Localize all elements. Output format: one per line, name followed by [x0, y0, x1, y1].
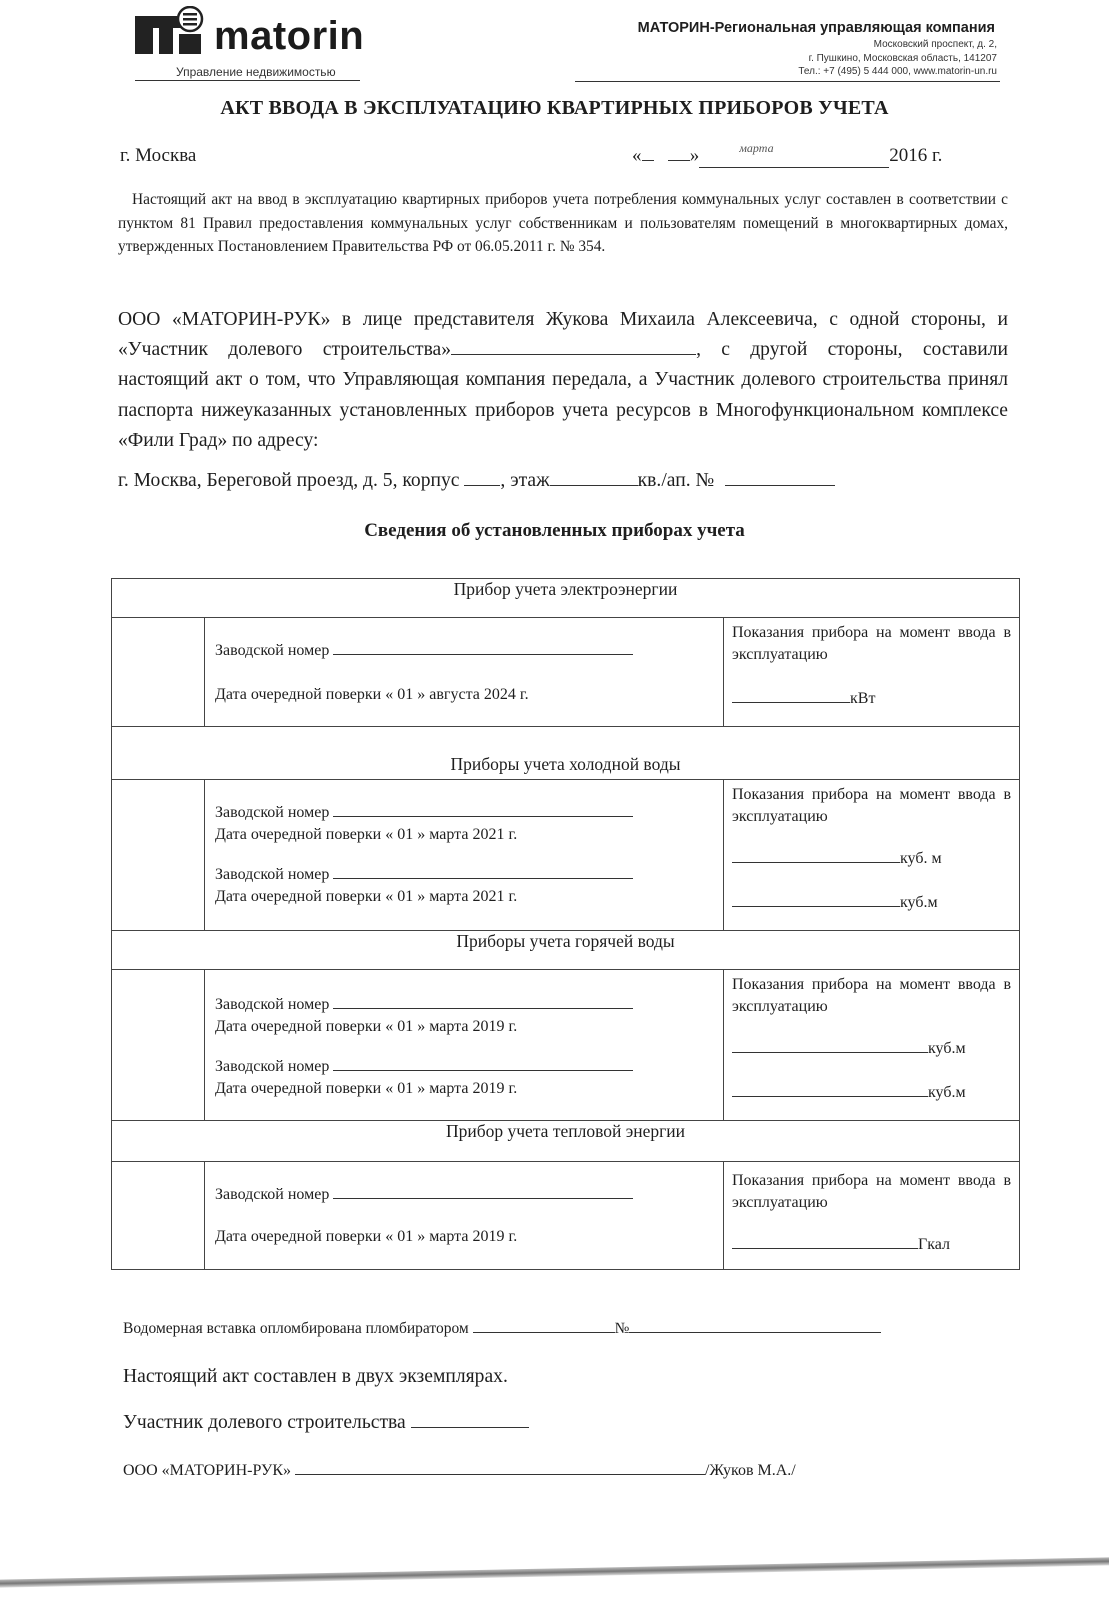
seal-number-label: № — [615, 1320, 630, 1337]
apartment-label: кв./ап. № — [638, 470, 715, 491]
check-date: Дата очередной поверки « 01 » марта 2019… — [215, 1226, 723, 1248]
floor-field[interactable] — [550, 484, 638, 486]
section-row-cold-water: Заводской номер Дата очередной поверки «… — [112, 780, 1020, 931]
apartment-field[interactable] — [725, 484, 835, 486]
reading-title: Показания прибора на момент ввода в эксп… — [732, 622, 1011, 666]
check-date: Дата очередной поверки « 01 » марта 2019… — [215, 1016, 723, 1038]
check-date: Дата очередной поверки « 01 » августа 20… — [215, 684, 723, 706]
row-number-cell — [112, 1162, 205, 1270]
seal-label: Водомерная вставка опломбирована пломбир… — [123, 1320, 469, 1337]
device-info-cell: Заводской номер Дата очередной поверки «… — [205, 780, 724, 931]
serial-number-line: Заводской номер — [215, 994, 723, 1016]
section-row-electricity: Заводской номер Дата очередной поверки «… — [112, 618, 1020, 727]
company-signer: /Жуков М.А./ — [705, 1462, 796, 1479]
reading-line: кВт — [732, 688, 1011, 710]
scan-edge-shadow — [0, 1557, 1109, 1588]
reading-unit: куб.м — [900, 894, 938, 911]
serial-number-field[interactable] — [333, 640, 633, 655]
logo-tagline: Управление недвижимостью — [176, 65, 336, 79]
participant-name-field[interactable] — [451, 353, 696, 355]
reading-field[interactable] — [732, 688, 850, 703]
device-info-cell: Заводской номер Дата очередной поверки «… — [205, 970, 724, 1121]
reading-cell: Показания прибора на момент ввода в эксп… — [724, 970, 1020, 1121]
reading-cell: Показания прибора на момент ввода в эксп… — [724, 618, 1020, 727]
reading-title: Показания прибора на момент ввода в эксп… — [732, 974, 1011, 1018]
reading-unit: Гкал — [918, 1236, 950, 1253]
month-field[interactable]: марта — [699, 145, 889, 168]
company-signature-line: ООО «МАТОРИН-РУК» /Жуков М.А./ — [123, 1462, 796, 1480]
address-line: Московский проспект, д. 2, — [798, 38, 997, 52]
date-open-quote: « — [632, 145, 642, 166]
serial-number-field[interactable] — [333, 802, 633, 817]
reading-unit: куб.м — [928, 1084, 966, 1101]
seal-line: Водомерная вставка опломбирована пломбир… — [123, 1320, 881, 1338]
meters-table: Прибор учета электроэнергии Заводской но… — [111, 578, 1020, 1270]
logo-wordmark: matorin — [214, 14, 364, 59]
serial-number-line: Заводской номер — [215, 802, 723, 824]
company-address: Московский проспект, д. 2, г. Пушкино, М… — [798, 38, 997, 79]
logo-underline — [135, 80, 360, 81]
check-date: Дата очередной поверки « 01 » марта 2021… — [215, 824, 723, 846]
month-handwritten: марта — [739, 141, 773, 156]
serial-number-line: Заводской номер — [215, 640, 723, 662]
sealer-field[interactable] — [473, 1331, 615, 1333]
device-info-cell: Заводской номер Дата очередной поверки «… — [205, 1162, 724, 1270]
document-date: « »марта 2016 г. — [632, 145, 942, 168]
reading-cell: Показания прибора на момент ввода в эксп… — [724, 780, 1020, 931]
serial-number-line: Заводской номер — [215, 864, 723, 886]
address-street: г. Москва, Береговой проезд, д. 5, корпу… — [118, 470, 460, 491]
reading-line: куб.м — [732, 1082, 1011, 1104]
serial-number-line: Заводской номер — [215, 1184, 723, 1206]
check-date: Дата очередной поверки « 01 » марта 2019… — [215, 1078, 723, 1100]
section-row-hot-water: Заводской номер Дата очередной поверки «… — [112, 970, 1020, 1121]
reading-cell: Показания прибора на момент ввода в эксп… — [724, 1162, 1020, 1270]
reading-title: Показания прибора на момент ввода в эксп… — [732, 784, 1011, 828]
device-info-cell: Заводской номер Дата очередной поверки «… — [205, 618, 724, 727]
reading-field[interactable] — [732, 1082, 928, 1097]
address-line: г. Пушкино, Московская область, 141207 — [798, 52, 997, 66]
reading-field[interactable] — [732, 848, 900, 863]
seal-number-field[interactable] — [629, 1331, 881, 1333]
reading-line: Гкал — [732, 1234, 1011, 1256]
date-year: 2016 г. — [889, 145, 942, 166]
copies-statement: Настоящий акт составлен в двух экземпляр… — [123, 1366, 508, 1388]
day-blank-2[interactable] — [668, 160, 690, 161]
floor-label: , этаж — [500, 470, 549, 491]
company-signature-field[interactable] — [295, 1473, 705, 1475]
company-name: МАТОРИН-Региональная управляющая компани… — [638, 20, 995, 36]
section-header-cold-water: Приборы учета холодной воды — [112, 727, 1020, 780]
parties-paragraph: ООО «МАТОРИН-РУК» в лице представителя Ж… — [118, 305, 1008, 456]
company-sign-label: ООО «МАТОРИН-РУК» — [123, 1462, 291, 1479]
row-number-cell — [112, 970, 205, 1121]
section-header-electricity: Прибор учета электроэнергии — [112, 579, 1020, 618]
date-close-quote: » — [690, 145, 700, 166]
section-row-heat: Заводской номер Дата очередной поверки «… — [112, 1162, 1020, 1270]
row-number-cell — [112, 618, 205, 727]
reading-title: Показания прибора на момент ввода в эксп… — [732, 1170, 1011, 1214]
matorin-logo-icon — [135, 6, 205, 54]
reading-unit: куб.м — [928, 1040, 966, 1057]
reading-line: куб. м — [732, 848, 1011, 870]
document-title: АКТ ВВОДА В ЭКСПЛУАТАЦИЮ КВАРТИРНЫХ ПРИБ… — [0, 97, 1109, 120]
reading-line: куб.м — [732, 892, 1011, 914]
section-header-hot-water: Приборы учета горячей воды — [112, 931, 1020, 970]
property-address: г. Москва, Береговой проезд, д. 5, корпу… — [118, 470, 835, 492]
address-line: Тел.: +7 (495) 5 444 000, www.matorin-un… — [798, 65, 997, 79]
serial-number-field[interactable] — [333, 994, 633, 1009]
serial-number-field[interactable] — [333, 1056, 633, 1071]
serial-number-field[interactable] — [333, 1184, 633, 1199]
reading-field[interactable] — [732, 1234, 918, 1249]
participant-label: Участник долевого строительства — [123, 1412, 406, 1433]
participant-signature-field[interactable] — [411, 1426, 529, 1428]
document-city: г. Москва — [120, 145, 196, 167]
meters-table-title: Сведения об установленных приборах учета — [0, 520, 1109, 542]
header-divider — [575, 81, 1000, 82]
reading-field[interactable] — [732, 892, 900, 907]
reading-line: куб.м — [732, 1038, 1011, 1060]
reading-unit: кВт — [850, 690, 875, 707]
serial-number-field[interactable] — [333, 864, 633, 879]
reading-unit: куб. м — [900, 850, 942, 867]
serial-number-line: Заводской номер — [215, 1056, 723, 1078]
row-number-cell — [112, 780, 205, 931]
reading-field[interactable] — [732, 1038, 928, 1053]
intro-paragraph: Настоящий акт на ввод в эксплуатацию ква… — [118, 188, 1008, 259]
section-header-heat: Прибор учета тепловой энергии — [112, 1121, 1020, 1162]
participant-signature-line: Участник долевого строительства — [123, 1412, 529, 1434]
building-field[interactable] — [464, 484, 500, 486]
day-blank-1[interactable] — [642, 160, 654, 161]
check-date: Дата очередной поверки « 01 » марта 2021… — [215, 886, 723, 908]
